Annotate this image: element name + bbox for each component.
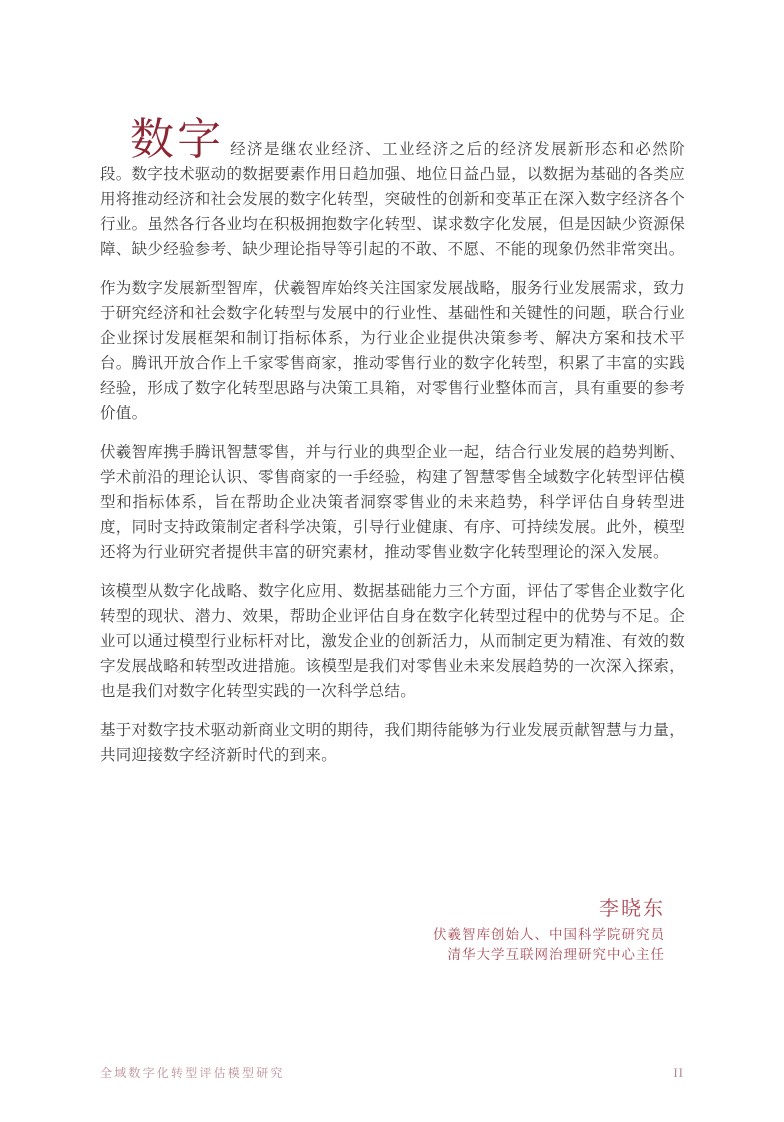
signature-name: 李晓东 [100,896,665,922]
footer-report-title: 全域数字化转型评估模型研究 [100,1064,285,1081]
signature-title: 伏羲智库创始人、中国科学院研究员 [100,925,665,945]
body-paragraph: 该模型从数字化战略、数字化应用、数据基础能力三个方面，评估了零售企业数字化转型的… [100,579,685,704]
body-paragraph: 数字经济是继农业经济、工业经济之后的经济发展新形态和必然阶段。数字技术驱动的数据… [100,127,685,262]
signature-block: 李晓东 伏羲智库创始人、中国科学院研究员 清华大学互联网治理研究中心主任 [100,896,685,965]
page-footer: 全域数字化转型评估模型研究 II [100,1064,684,1081]
document-page: 数字经济是继农业经济、工业经济之后的经济发展新形态和必然阶段。数字技术驱动的数据… [0,0,784,1122]
signature-title: 清华大学互联网治理研究中心主任 [100,945,665,965]
body-paragraph: 作为数字发展新型智库，伏羲智库始终关注国家发展战略，服务行业发展需求，致力于研究… [100,276,685,426]
footer-page-number: II [673,1065,684,1081]
drop-cap: 数字 [130,115,224,164]
body-paragraph: 伏羲智库携手腾讯智慧零售，并与行业的典型企业一起，结合行业发展的趋势判断、学术前… [100,440,685,565]
preface-body: 数字经济是继农业经济、工业经济之后的经济发展新形态和必然阶段。数字技术驱动的数据… [100,127,685,965]
body-paragraph: 基于对数字技术驱动新商业文明的期待，我们期待能够为行业发展贡献智慧与力量，共同迎… [100,718,685,768]
